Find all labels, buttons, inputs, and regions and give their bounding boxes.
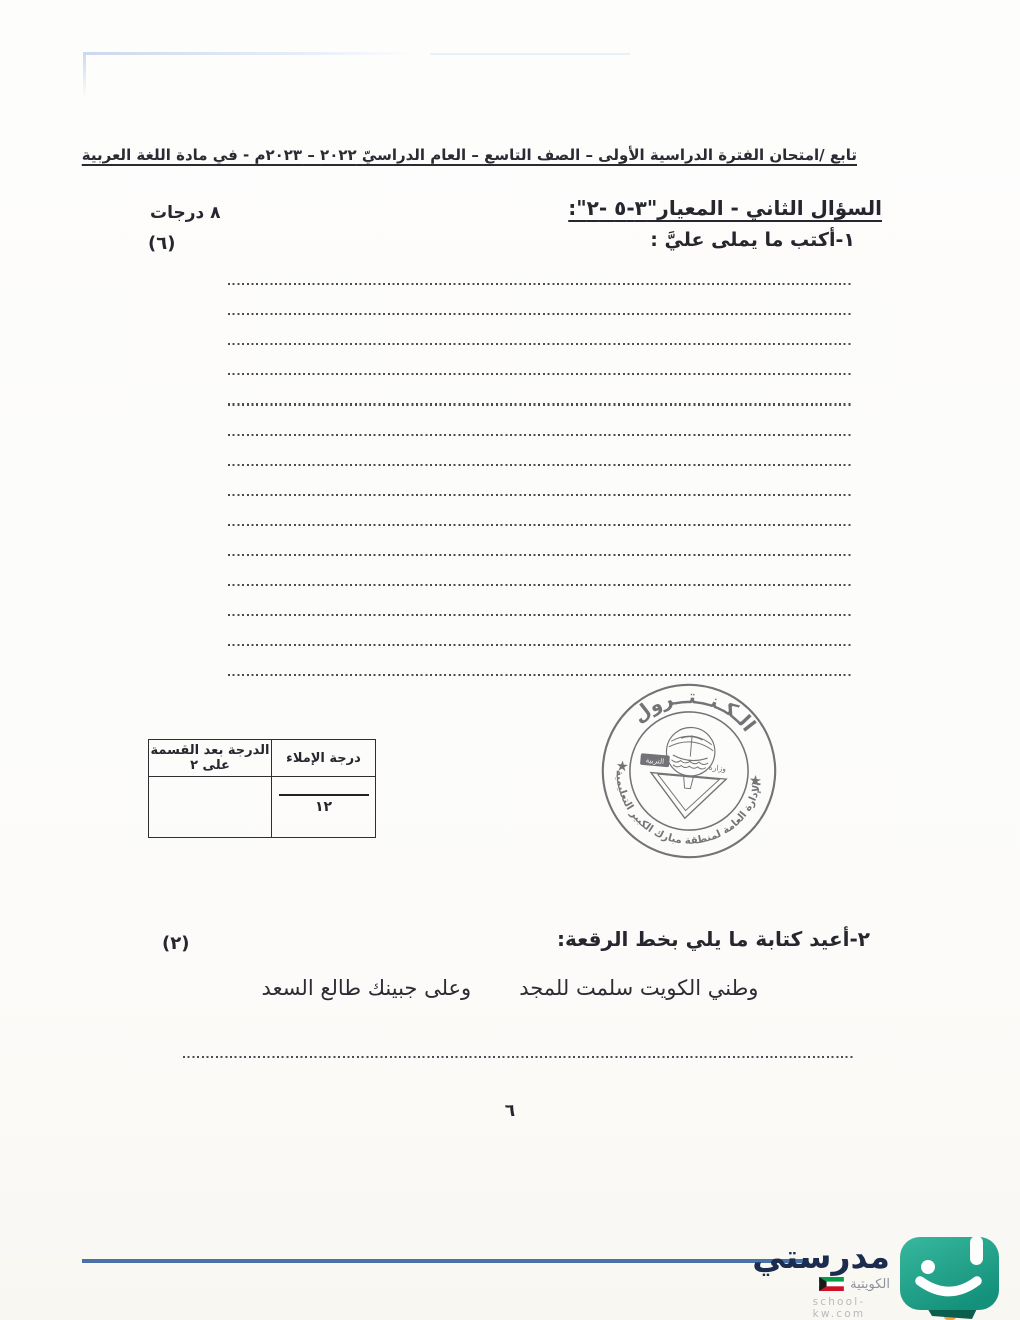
grade-table-header-division: الدرجة بعد القسمة على ٢ <box>149 740 272 777</box>
part1-marks: (٦) <box>148 233 175 254</box>
stamp-star-right: ★ <box>748 773 762 790</box>
ruqaa-rewrite-prompt: ٢-أعيد كتابة ما يلي بخط الرقعة: <box>557 927 870 951</box>
kuwait-flag-icon <box>819 1277 844 1291</box>
madrasati-logo-icon <box>898 1236 1004 1320</box>
page-number: ٦ <box>0 1101 1020 1121</box>
part2-marks: (٢) <box>162 933 189 954</box>
exam-scan-page: تابع /امتحان الفترة الدراسية الأولى – ال… <box>0 0 1020 1320</box>
verse-second-half: وعلى جبينك طالع السعد <box>262 976 472 1000</box>
stamp-ministry-word: التربية <box>645 755 664 766</box>
dictation-line <box>228 614 852 616</box>
footer-rule <box>82 1259 805 1263</box>
grade-table-empty-cell <box>149 777 272 838</box>
scan-artifact-line <box>83 52 413 55</box>
madrasati-watermark: مدرستي الكويتية school-kw.com <box>788 1236 1006 1320</box>
control-stamp: الـكـنــتــرول الإدارة العامة لمنطقة مبا… <box>589 671 788 870</box>
dictation-line <box>228 313 852 315</box>
question-title: السؤال الثاني - المعيار"٣-٥ -٢": <box>568 196 882 220</box>
dictation-line <box>228 464 852 466</box>
dictation-line <box>228 373 852 375</box>
logo-handle-slot <box>970 1236 983 1265</box>
logo-eye <box>921 1260 935 1274</box>
dictation-line <box>228 584 852 586</box>
grade-table-header-dictation: درجة الإملاء <box>272 740 376 777</box>
rewrite-answer-line <box>183 1056 855 1058</box>
dictation-line <box>228 434 852 436</box>
grade-table-dictation-cell: ١٢ <box>272 777 376 838</box>
verse-first-half: وطني الكويت سلمت للمجد <box>519 976 758 1000</box>
dictation-line <box>228 644 852 646</box>
dictation-line <box>228 524 852 526</box>
dictation-line <box>228 674 852 676</box>
brand-name: مدرستي <box>788 1240 890 1275</box>
scan-artifact-line <box>430 53 630 55</box>
dictation-line <box>228 494 852 496</box>
score-fraction: ١٢ <box>279 794 369 815</box>
question-total-marks: ٨ درجات <box>150 203 221 223</box>
dictation-line <box>228 403 852 405</box>
watermark-text-block: مدرستي الكويتية school-kw.com <box>788 1236 890 1320</box>
kuwait-emblem <box>647 724 730 821</box>
dictation-line <box>228 554 852 556</box>
stamp-star-left: ★ <box>615 758 629 775</box>
brand-country-label: الكويتية <box>850 1277 890 1292</box>
grade-table: درجة الإملاء الدرجة بعد القسمة على ٢ ١٢ <box>148 739 376 838</box>
brand-domain: school-kw.com <box>788 1296 890 1320</box>
dictation-prompt: ١-أكتب ما يملى عليَّ : <box>650 229 855 251</box>
dictation-line <box>228 343 852 345</box>
verse-line: وطني الكويت سلمت للمجد وعلى جبينك طالع ا… <box>0 976 1020 1000</box>
scan-artifact-line <box>83 52 86 98</box>
dictation-answer-lines <box>228 283 852 708</box>
stamp-ministry-word: وزارة <box>708 763 726 774</box>
exam-header-line: تابع /امتحان الفترة الدراسية الأولى – ال… <box>82 146 857 164</box>
dictation-line <box>228 283 852 285</box>
dictation-max-score: ١٢ <box>279 796 369 815</box>
